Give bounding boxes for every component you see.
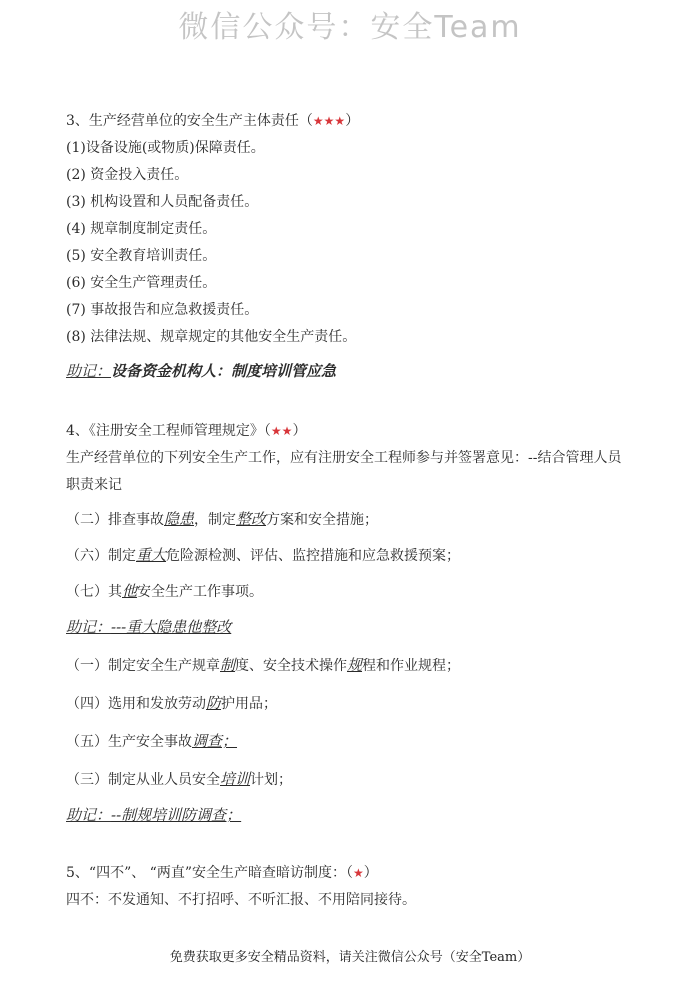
- mnemonic: 助记：--制规培训防调查；: [66, 806, 241, 824]
- star-icon: ★★★: [313, 114, 345, 128]
- list-item: (8) 法律法规、规章规定的其他安全生产责任。: [66, 328, 356, 346]
- watermark: 微信公众号：安全Team: [0, 2, 700, 46]
- star-icon: ★: [353, 866, 364, 880]
- paragraph: 四不：不发通知、不打招呼、不听汇报、不用陪同接待。: [66, 891, 416, 909]
- list-item: (3) 机构设置和人员配备责任。: [66, 193, 258, 211]
- list-item: （二）排查事故隐患，制定整改方案和安全措施；: [66, 510, 378, 529]
- list-item: (5) 安全教育培训责任。: [66, 247, 216, 265]
- list-item: (4) 规章制度制定责任。: [66, 220, 216, 238]
- paragraph: 生产经营单位的下列安全生产工作，应有注册安全工程师参与并签署意见：--结合管理人…: [66, 449, 621, 467]
- list-item: （七）其他安全生产工作事项。: [66, 582, 263, 601]
- list-item: （五）生产安全事故调查；: [66, 732, 237, 751]
- list-item: (2) 资金投入责任。: [66, 166, 188, 184]
- star-icon: ★★: [271, 424, 293, 438]
- section5-title: 5、“四不”、 “两直”安全生产暗查暗访制度：（★）: [66, 864, 378, 882]
- list-item: (7) 事故报告和应急救援责任。: [66, 301, 258, 319]
- paragraph: 职责来记: [66, 476, 122, 494]
- mnemonic: 助记：设备资金机构人：制度培训管应急: [66, 362, 336, 380]
- mnemonic: 助记：---重大隐患他整改: [66, 618, 231, 636]
- list-item: (6) 安全生产管理责任。: [66, 274, 216, 292]
- footer: 免费获取更多安全精品资料，请关注微信公众号（安全Team）: [0, 946, 700, 965]
- list-item: (1)设备设施(或物质)保障责任。: [66, 139, 265, 157]
- section3-title: 3、生产经营单位的安全生产主体责任（★★★）: [66, 112, 359, 130]
- section4-title: 4、《注册安全工程师管理规定》（★★）: [66, 422, 306, 440]
- list-item: （六）制定重大危险源检测、评估、监控措施和应急救援预案；: [66, 546, 460, 565]
- list-item: （四）选用和发放劳动防护用品；: [66, 694, 277, 713]
- list-item: （一）制定安全生产规章制度、安全技术操作规程和作业规程；: [66, 656, 460, 675]
- list-item: （三）制定从业人员安全培训计划；: [66, 770, 292, 789]
